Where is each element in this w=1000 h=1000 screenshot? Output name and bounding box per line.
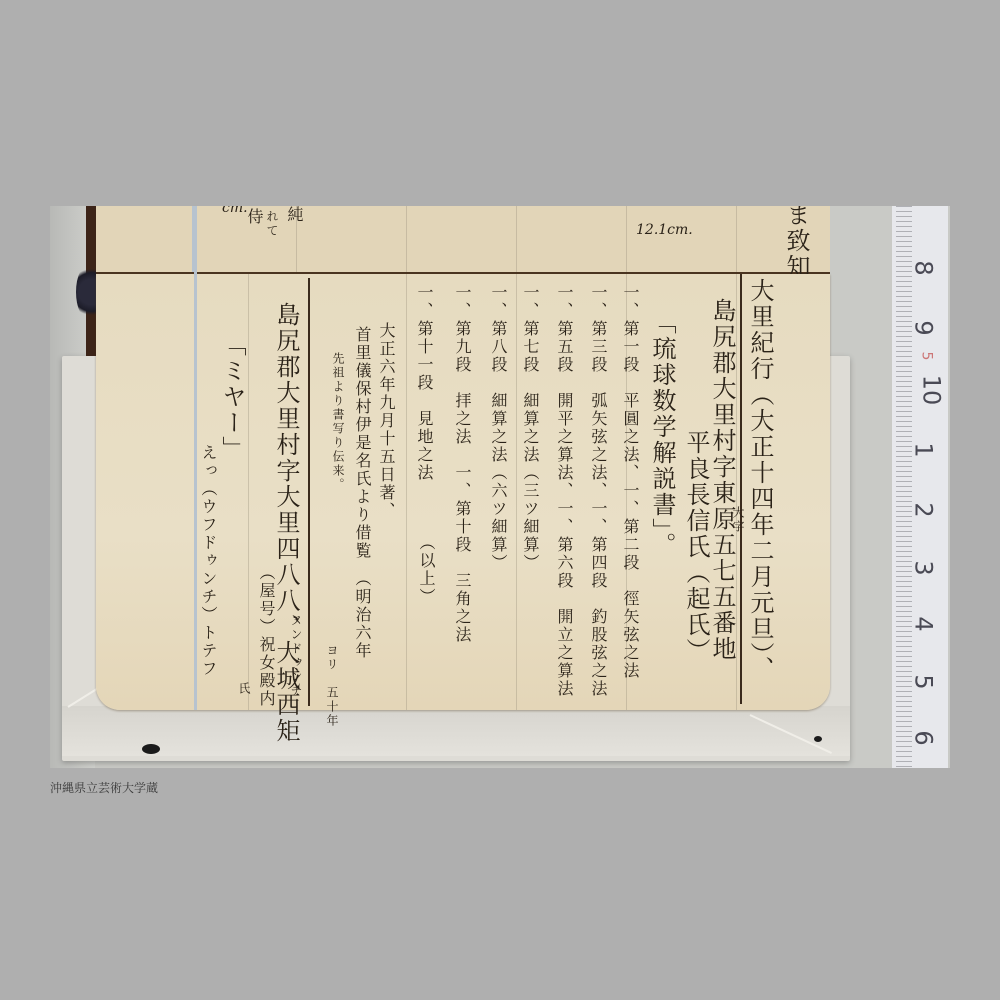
card-top-flap: ま致知 純 侍 れて cm. 12.1cm. (96, 206, 830, 275)
title-column: 大里紀行（大正十四年二月元旦）、 (748, 278, 772, 682)
ruler-number: 9 (910, 320, 938, 335)
document-photo: ま致知 純 侍 れて cm. 12.1cm. 大里紀行（大正十四年二月元旦）、 … (50, 206, 950, 768)
handwritten-note: 純 (286, 206, 302, 224)
address-annotation: 大字 (732, 506, 744, 534)
address-suffix: 氏 (238, 682, 250, 696)
list-item: 一、第十一段 見地之法 (416, 284, 432, 482)
rule-line (736, 206, 737, 272)
miya-note: えっ（ウフドゥンチ）トテフ (200, 444, 216, 678)
rule-line (736, 274, 737, 710)
ink-blot (142, 744, 160, 754)
list-item: 一、第三段 弧矢弦之法、一、第四段 釣股弦之法 (590, 284, 606, 698)
manuscript-card: 大里紀行（大正十四年二月元旦）、 島尻郡大里村字東原五七五番地 大字 平良長信氏… (96, 274, 830, 710)
list-item: 一、第一段 平圓之法、一、第二段 徑矢弦之法 (622, 284, 638, 680)
ruler-number: 3 (910, 560, 938, 575)
miya-column: 「ミヤー」 (220, 332, 244, 462)
ruler-number: 1 (910, 442, 938, 457)
handwritten-note: 侍 (246, 208, 262, 226)
ruler-number: 5 (910, 674, 938, 689)
rule-line (626, 206, 627, 272)
list-item: 一、第五段 開平之算法、一、第六段 開立之算法 (556, 284, 572, 698)
envelope-flap (62, 706, 850, 756)
list-item: 一、第七段 細算之法（三ツ細算） (522, 284, 538, 572)
rule-line (406, 206, 407, 272)
address-note: （屋号）祝女殿内 (258, 564, 274, 708)
closing-mark: （以上） (418, 534, 434, 606)
ruler-number: 10 (917, 375, 945, 406)
ruler-number: 2 (910, 502, 938, 517)
ink-blot (814, 736, 822, 742)
author-column: 平良長信氏（起氏） (684, 430, 708, 664)
collection-caption: 沖縄県立芸術大学蔵 (50, 779, 158, 796)
ruler-number: 4 (910, 616, 938, 631)
book-title-column: 「琉球数学解説書」。 (650, 310, 674, 558)
rule-line (516, 206, 517, 272)
rule-line (516, 274, 517, 710)
measuring-ruler: 8 9 5 10 1 2 3 4 5 6 (892, 206, 948, 768)
column-divider (740, 274, 742, 704)
provenance-note: 先祖より書写り伝来。 (332, 352, 344, 492)
ruler-number: 8 (910, 260, 938, 275)
list-item: 一、第八段 細算之法（六ツ細算） (490, 284, 506, 572)
rule-line (406, 274, 407, 710)
provenance-date: 大正六年九月十五日著、 (378, 322, 394, 520)
handwritten-note: れて (266, 210, 278, 238)
provenance-source: 首里儀保村伊是名氏より借覧 （明治六年 (354, 326, 370, 660)
measurement-note: 12.1cm. (636, 222, 693, 238)
ruler-red-mark: 5 (918, 352, 934, 361)
measurement-note: cm. (222, 206, 248, 216)
list-item: 一、第九段 拝之法 一、第十段 三角之法 (454, 284, 470, 644)
address-kana: ヌンドゥンチ (290, 614, 302, 698)
ruler-number: 6 (910, 730, 938, 745)
margin-rule (194, 206, 197, 710)
column-divider (308, 278, 310, 706)
rule-line (248, 274, 249, 710)
address-column: 島尻郡大里村字東原五七五番地 (710, 298, 734, 662)
provenance-years: ヨリ 五十年 (326, 644, 338, 728)
handwritten-column: ま致知 (784, 206, 808, 280)
